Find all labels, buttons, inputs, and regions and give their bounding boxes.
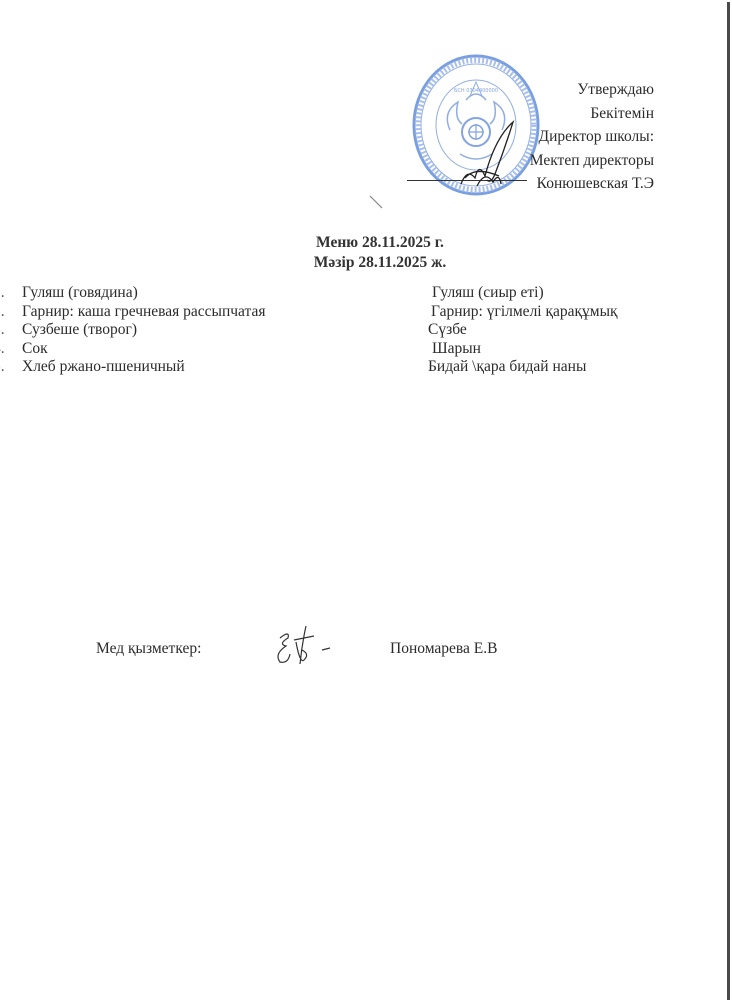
medical-worker-label: Мед қызметкер: [96, 640, 201, 658]
item-number: 5. [0, 358, 22, 377]
medical-worker-name: Пономарева Е.В [390, 640, 497, 658]
list-item: 4.Сок [0, 340, 266, 359]
item-number: 3. [0, 321, 22, 340]
list-item: 5.Хлеб ржано-пшеничный [0, 358, 266, 377]
item-name-ru: Сок [22, 340, 48, 357]
item-number: 4. [0, 340, 22, 359]
item-name-ru: Сузбеше (творог) [22, 321, 137, 338]
scan-edge-line [727, 2, 730, 1000]
menu-list-kz: Гуляш (сиыр еті) Гарнир: үгілмелі қарақұ… [428, 284, 618, 377]
menu-title: Меню 28.11.2025 г. Мәзір 28.11.2025 ж. [0, 233, 732, 273]
approval-line: Утверждаю [530, 78, 654, 102]
approval-line: Конюшевская Т.Э [530, 172, 654, 196]
item-number: 1. [0, 284, 22, 303]
list-item: 2.Гарнир: каша гречневая рассыпчатая [0, 303, 266, 322]
director-signature-icon [455, 118, 535, 190]
approval-line: Директор школы: [530, 125, 654, 149]
item-name-kz: Гарнир: үгілмелі қарақұмық [428, 303, 618, 322]
svg-text:БСН 0304400000: БСН 0304400000 [454, 88, 498, 94]
approval-block: Утверждаю Бекітемін Директор школы: Мект… [530, 78, 654, 196]
item-number: 2. [0, 303, 22, 322]
menu-title-ru: Меню 28.11.2025 г. [0, 233, 732, 253]
scan-mark [368, 194, 384, 210]
approval-line: Мектеп директоры [530, 149, 654, 173]
item-name-ru: Гуляш (говядина) [22, 284, 138, 301]
item-name-ru: Гарнир: каша гречневая рассыпчатая [22, 303, 266, 320]
list-item: 1.Гуляш (говядина) [0, 284, 266, 303]
medical-signature-icon [270, 624, 340, 666]
item-name-kz: Гуляш (сиыр еті) [428, 284, 618, 303]
menu-title-kz: Мәзір 28.11.2025 ж. [0, 253, 732, 273]
list-item: 3.Сузбеше (творог) [0, 321, 266, 340]
item-name-kz: Шарын [428, 340, 618, 359]
item-name-kz: Сүзбе [428, 321, 618, 340]
item-name-ru: Хлеб ржано-пшеничный [22, 358, 185, 375]
approval-line: Бекітемін [530, 102, 654, 126]
menu-list-ru: 1.Гуляш (говядина) 2.Гарнир: каша гречне… [0, 284, 266, 377]
item-name-kz: Бидай \қара бидай наны [428, 358, 618, 377]
